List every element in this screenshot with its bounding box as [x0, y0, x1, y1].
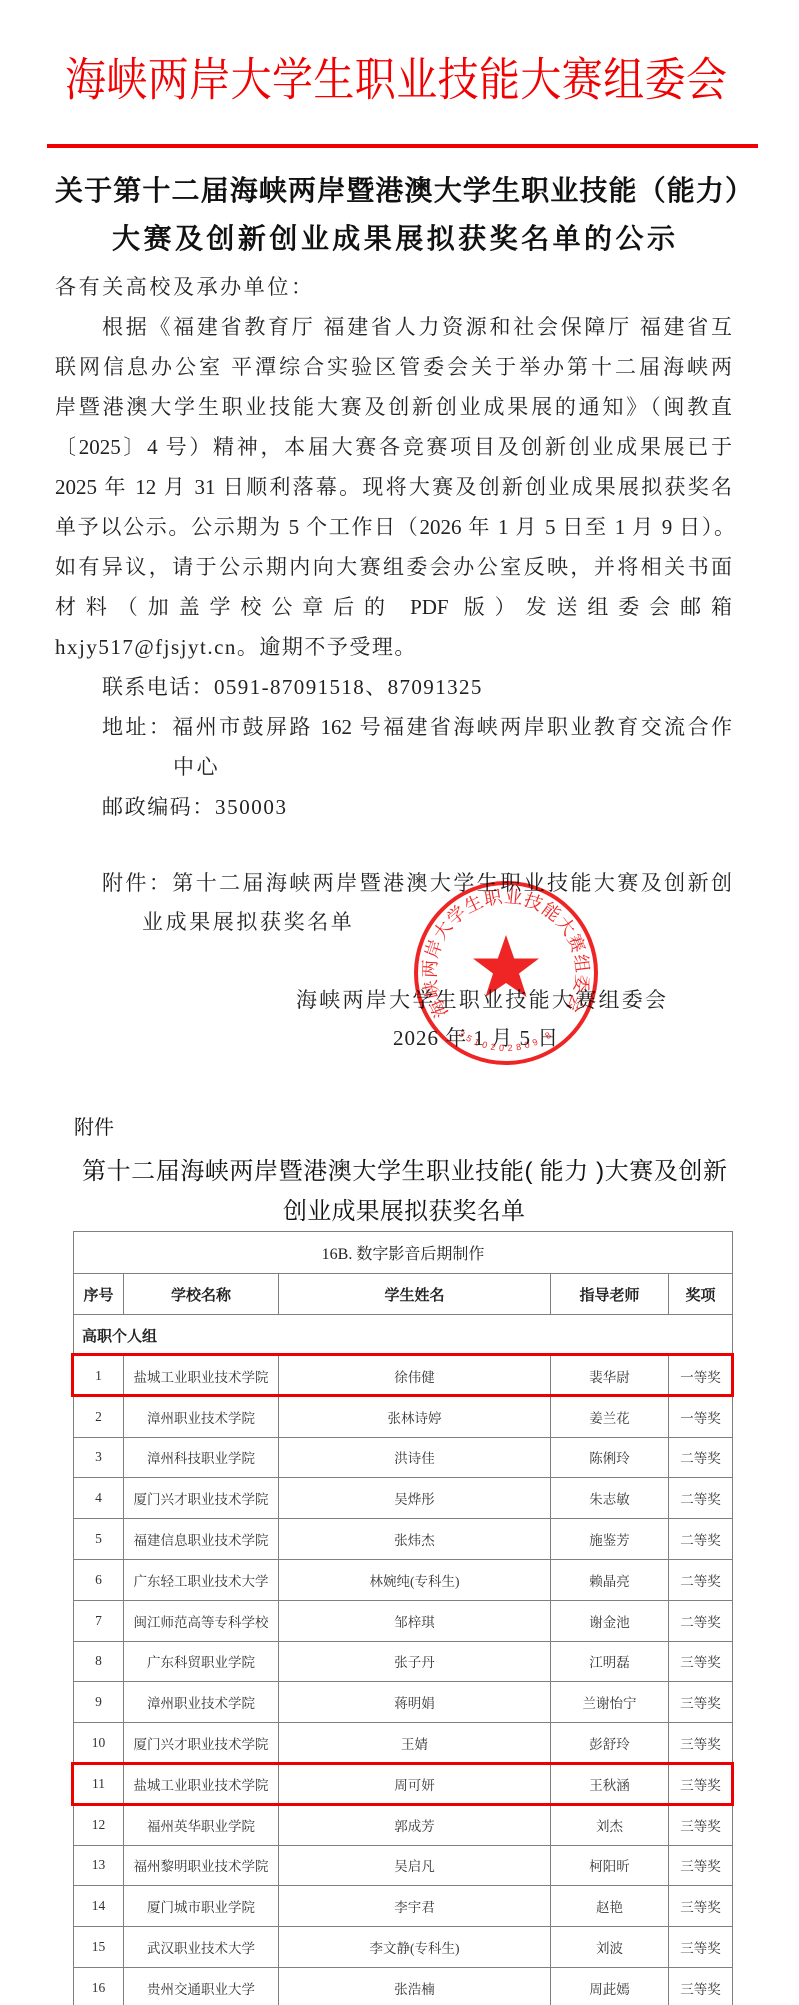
- cell-school: 厦门兴才职业技术学院: [124, 1478, 279, 1519]
- seal-code: 3510202809 8: [457, 1028, 553, 1053]
- cell-school: 厦门城市职业学院: [124, 1886, 279, 1927]
- cell-number: 9: [74, 1682, 124, 1723]
- cell-award: 二等奖: [669, 1478, 733, 1519]
- cell-number: 14: [74, 1886, 124, 1927]
- cell-school: 武汉职业技术大学: [124, 1927, 279, 1968]
- cell-school: 福州英华职业学院: [124, 1804, 279, 1845]
- column-header-award: 奖项: [669, 1274, 733, 1315]
- table-row: 11 盐城工业职业技术学院 周可妍 王秋涵 三等奖: [74, 1763, 733, 1804]
- body-line: 2025 年 12 月 31 日顺利落幕。现将大赛及创新创业成果展拟获奖名: [55, 467, 732, 507]
- cell-award: 三等奖: [669, 1682, 733, 1723]
- cell-number: 13: [74, 1845, 124, 1886]
- cell-teacher: 姜兰花: [551, 1396, 669, 1437]
- table-row: 12 福州英华职业学院 郭成芳 刘杰 三等奖: [74, 1804, 733, 1845]
- notice-title-line-2: 大赛及创新创业成果展拟获奖名单的公示: [112, 220, 675, 260]
- cell-student: 张林诗婷: [279, 1396, 551, 1437]
- cell-number: 6: [74, 1559, 124, 1600]
- body-line: 岸暨港澳大学生职业技能大赛及创新创业成果展的通知》（闽教直: [55, 387, 732, 427]
- cell-award: 一等奖: [669, 1396, 733, 1437]
- table-row: 16 贵州交通职业大学 张浩楠 周茈嫣 三等奖: [74, 1967, 733, 2005]
- cell-teacher: 江明磊: [551, 1641, 669, 1682]
- table-row: 14 厦门城市职业学院 李宇君 赵艳 三等奖: [74, 1886, 733, 1927]
- cell-school: 盐城工业职业技术学院: [124, 1763, 279, 1804]
- cell-student: 邹梓琪: [279, 1600, 551, 1641]
- cell-student: 吴启凡: [279, 1845, 551, 1886]
- cell-student: 蒋明娟: [279, 1682, 551, 1723]
- cell-school: 漳州科技职业学院: [124, 1437, 279, 1478]
- body-line: 如有异议，请于公示期内向大赛组委会办公室反映，并将相关书面: [55, 547, 732, 587]
- cell-number: 10: [74, 1723, 124, 1764]
- cell-student: 吴烨彤: [279, 1478, 551, 1519]
- cell-teacher: 朱志敏: [551, 1478, 669, 1519]
- cell-school: 盐城工业职业技术学院: [124, 1356, 279, 1397]
- cell-number: 4: [74, 1478, 124, 1519]
- table-row: 10 厦门兴才职业技术学院 王婧 彭舒玲 三等奖: [74, 1723, 733, 1764]
- cell-student: 张子丹: [279, 1641, 551, 1682]
- cell-teacher: 柯阳昕: [551, 1845, 669, 1886]
- column-header-school: 学校名称: [124, 1274, 279, 1315]
- cell-teacher: 周茈嫣: [551, 1967, 669, 2005]
- cell-award: 二等奖: [669, 1559, 733, 1600]
- cell-school: 福州黎明职业技术学院: [124, 1845, 279, 1886]
- cell-student: 洪诗佳: [279, 1437, 551, 1478]
- cell-student: 张浩楠: [279, 1967, 551, 2005]
- cell-student: 徐伟健: [279, 1356, 551, 1397]
- cell-teacher: 刘波: [551, 1927, 669, 1968]
- cell-award: 二等奖: [669, 1519, 733, 1560]
- cell-award: 三等奖: [669, 1763, 733, 1804]
- cell-number: 7: [74, 1600, 124, 1641]
- body-line: 联网信息办公室 平潭综合实验区管委会关于举办第十二届海峡两: [55, 347, 732, 387]
- cell-student: 李宇君: [279, 1886, 551, 1927]
- cell-teacher: 赖晶亮: [551, 1559, 669, 1600]
- contact-postcode: 邮政编码：350003: [102, 787, 288, 827]
- body-line-email: hxjy517@fjsjyt.cn。逾期不予受理。: [55, 627, 417, 667]
- cell-award: 三等奖: [669, 1641, 733, 1682]
- cell-award: 二等奖: [669, 1437, 733, 1478]
- cell-teacher: 王秋涵: [551, 1763, 669, 1804]
- table-row: 5 福建信息职业技术学院 张炜杰 施鉴芳 二等奖: [74, 1519, 733, 1560]
- cell-school: 贵州交通职业大学: [124, 1967, 279, 2005]
- cell-award: 三等奖: [669, 1927, 733, 1968]
- cell-award: 二等奖: [669, 1600, 733, 1641]
- table-row: 13 福州黎明职业技术学院 吴启凡 柯阳昕 三等奖: [74, 1845, 733, 1886]
- cell-teacher: 施鉴芳: [551, 1519, 669, 1560]
- table-row: 7 闽江师范高等专科学校 邹梓琪 谢金池 二等奖: [74, 1600, 733, 1641]
- cell-school: 漳州职业技术学院: [124, 1396, 279, 1437]
- cell-school: 漳州职业技术学院: [124, 1682, 279, 1723]
- table-row: 2 漳州职业技术学院 张林诗婷 姜兰花 一等奖: [74, 1396, 733, 1437]
- cell-award: 三等奖: [669, 1804, 733, 1845]
- cell-school: 广东科贸职业学院: [124, 1641, 279, 1682]
- award-table: 16B. 数字影音后期制作 序号 学校名称 学生姓名 指导老师 奖项 高职个人组…: [73, 1231, 733, 2005]
- body-line: 根据《福建省教育厅 福建省人力资源和社会保障厅 福建省互: [102, 307, 732, 347]
- table-row: 15 武汉职业技术大学 李文静(专科生) 刘波 三等奖: [74, 1927, 733, 1968]
- cell-award: 一等奖: [669, 1356, 733, 1397]
- column-header-teacher: 指导老师: [551, 1274, 669, 1315]
- cell-number: 11: [74, 1763, 124, 1804]
- cell-award: 三等奖: [669, 1845, 733, 1886]
- body-line: 单予以公示。公示期为 5 个工作日（2026 年 1 月 5 日至 1 月 9 …: [55, 507, 735, 547]
- column-header-number: 序号: [74, 1274, 124, 1315]
- table-row: 9 漳州职业技术学院 蒋明娟 兰谢怡宁 三等奖: [74, 1682, 733, 1723]
- cell-number: 16: [74, 1967, 124, 2005]
- letterhead-title: 海峡两岸大学生职业技能大赛组委会: [65, 52, 727, 108]
- official-seal-icon: 海峡两岸大学生职业技能大赛组委会 3510202809 8: [406, 873, 606, 1073]
- cell-school: 厦门兴才职业技术学院: [124, 1723, 279, 1764]
- seal-star-icon: [473, 935, 539, 997]
- cell-number: 8: [74, 1641, 124, 1682]
- cell-number: 3: [74, 1437, 124, 1478]
- cell-teacher: 赵艳: [551, 1886, 669, 1927]
- contact-address-continued: 中心: [173, 747, 220, 787]
- letterhead-divider: [47, 144, 758, 148]
- contact-phone: 联系电话：0591-87091518、87091325: [102, 667, 483, 707]
- cell-teacher: 彭舒玲: [551, 1723, 669, 1764]
- body-line: 〔2025〕4 号）精神，本届大赛各竞赛项目及创新创业成果展已于: [55, 427, 732, 467]
- cell-award: 三等奖: [669, 1723, 733, 1764]
- cell-school: 福建信息职业技术学院: [124, 1519, 279, 1560]
- table-row: 1 盐城工业职业技术学院 徐伟健 裴华尉 一等奖: [74, 1356, 733, 1397]
- attachment-note-line-2: 业成果展拟获奖名单: [142, 902, 354, 942]
- table-row: 8 广东科贸职业学院 张子丹 江明磊 三等奖: [74, 1641, 733, 1682]
- attachment-title-line-1: 第十二届海峡两岸暨港澳大学生职业技能( 能力 )大赛及创新: [82, 1152, 727, 1192]
- table-header-row: 序号 学校名称 学生姓名 指导老师 奖项: [74, 1274, 733, 1315]
- cell-number: 2: [74, 1396, 124, 1437]
- table-category-row: 16B. 数字影音后期制作: [74, 1232, 733, 1274]
- cell-school: 闽江师范高等专科学校: [124, 1600, 279, 1641]
- cell-number: 15: [74, 1927, 124, 1968]
- cell-award: 三等奖: [669, 1967, 733, 2005]
- attachment-label: 附件: [74, 1115, 114, 1141]
- body-line: 材料（加盖学校公章后的 PDF 版）发送组委会邮箱: [55, 587, 732, 627]
- table-row: 4 厦门兴才职业技术学院 吴烨彤 朱志敏 二等奖: [74, 1478, 733, 1519]
- cell-student: 郭成芳: [279, 1804, 551, 1845]
- cell-teacher: 陈俐玲: [551, 1437, 669, 1478]
- contact-address: 地址：福州市鼓屏路 162 号福建省海峡两岸职业教育交流合作: [102, 707, 732, 747]
- cell-teacher: 裴华尉: [551, 1356, 669, 1397]
- cell-student: 张炜杰: [279, 1519, 551, 1560]
- attachment-title-line-2: 创业成果展拟获奖名单: [283, 1192, 525, 1232]
- salutation: 各有关高校及承办单位：: [55, 267, 315, 307]
- cell-school: 广东轻工职业技术大学: [124, 1559, 279, 1600]
- cell-student: 林婉纯(专科生): [279, 1559, 551, 1600]
- cell-number: 12: [74, 1804, 124, 1845]
- group-label: 高职个人组: [74, 1315, 733, 1356]
- cell-teacher: 刘杰: [551, 1804, 669, 1845]
- cell-student: 王婧: [279, 1723, 551, 1764]
- column-header-student: 学生姓名: [279, 1274, 551, 1315]
- cell-number: 1: [74, 1356, 124, 1397]
- table-row: 6 广东轻工职业技术大学 林婉纯(专科生) 赖晶亮 二等奖: [74, 1559, 733, 1600]
- table-group-row: 高职个人组: [74, 1315, 733, 1356]
- cell-teacher: 兰谢怡宁: [551, 1682, 669, 1723]
- cell-teacher: 谢金池: [551, 1600, 669, 1641]
- cell-student: 周可妍: [279, 1763, 551, 1804]
- cell-student: 李文静(专科生): [279, 1927, 551, 1968]
- table-row: 3 漳州科技职业学院 洪诗佳 陈俐玲 二等奖: [74, 1437, 733, 1478]
- category-title: 16B. 数字影音后期制作: [74, 1232, 733, 1274]
- cell-award: 三等奖: [669, 1886, 733, 1927]
- notice-title-line-1: 关于第十二届海峡两岸暨港澳大学生职业技能（能力）: [55, 172, 753, 212]
- cell-number: 5: [74, 1519, 124, 1560]
